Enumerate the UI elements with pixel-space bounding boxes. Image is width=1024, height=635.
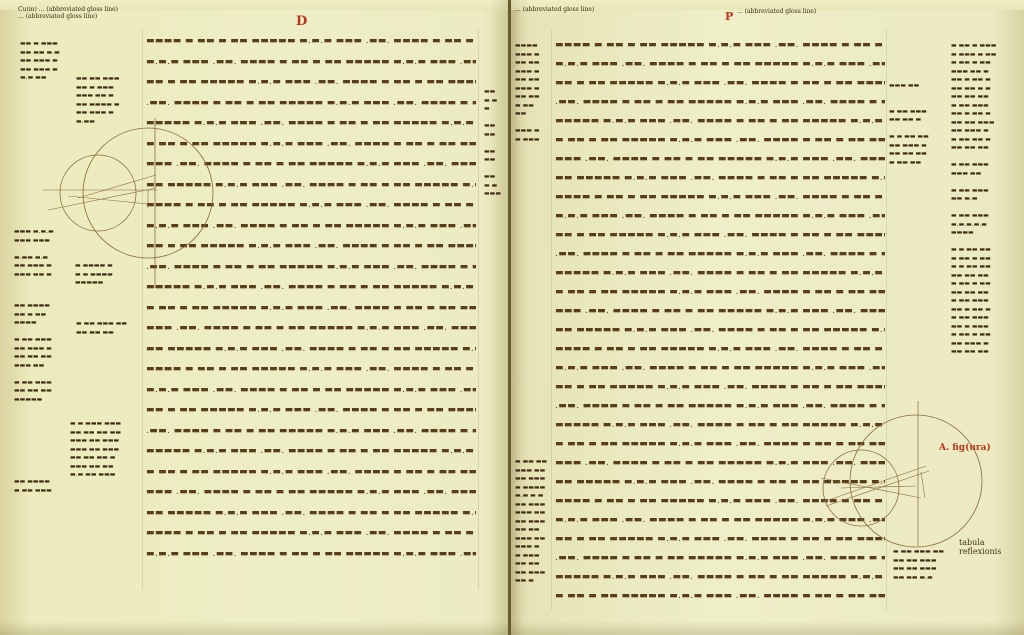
ruling-line: [551, 30, 552, 610]
marginal-gloss: ▬ ▬▬ ▬▬▬ ▬▬ ▬▬ ▬▬ ▬▬▬ ▬▬ ▬▬ ▬▬▬ ▬▬ ▬▬ ▬.…: [893, 548, 963, 582]
text-line: ▬▬▬▬▬ ▬.▬.▬ ▬▬▬ .▬▬. ▬▬▬▬ ▬ ▬▬ ▬ ▬▬ ▬▬▬▬…: [555, 268, 885, 278]
text-line: ▬▬▬▬ ▬ ▬▬ ▬ ▬▬ ▬▬▬▬▬ ▬.▬.▬ ▬▬▬ .▬▬. ▬▬▬▬…: [146, 528, 476, 538]
text-line: ▬▬ ▬ ▬▬ ▬▬▬▬▬ ▬.▬.▬ ▬▬▬ .▬▬. ▬▬▬▬ ▬ ▬▬ ▬…: [146, 77, 476, 87]
figure-caption: tabula reflexionis: [959, 538, 1024, 556]
text-line: .▬▬. ▬▬▬▬ ▬ ▬▬ ▬ ▬▬ ▬▬▬▬▬ ▬.▬.▬ ▬▬▬ .▬▬.…: [146, 426, 476, 436]
marginal-gloss: ▬ ▬▬ ▬ ▬▬▬ ▬ ▬▬▬ ▬ ▬▬ ▬ ▬▬ ▬ ▬▬ ▬▬▬ ▬▬ ▬…: [951, 42, 1011, 357]
text-line: ▬▬ ▬▬▬▬▬ ▬.▬.▬ ▬▬▬ .▬▬. ▬▬▬▬ ▬ ▬▬ ▬ ▬▬ ▬…: [146, 344, 476, 354]
text-line: ▬ ▬▬ ▬ ▬▬ ▬▬▬▬▬ ▬.▬.▬ ▬▬▬ .▬▬. ▬▬▬▬ ▬ ▬▬…: [555, 135, 885, 145]
running-head-line: ... (abbreviated gloss line): [515, 6, 715, 13]
right-running-head: ... (abbreviated gloss line): [737, 8, 1017, 15]
running-head-line: ... (abbreviated gloss line): [18, 13, 308, 20]
text-line: ▬.▬.▬ ▬▬▬ .▬▬. ▬▬▬▬ ▬ ▬▬ ▬ ▬▬ ▬▬▬▬▬ ▬.▬.…: [555, 363, 885, 373]
text-line: ▬▬ ▬▬▬▬▬ ▬.▬.▬ ▬▬▬ .▬▬. ▬▬▬▬ ▬ ▬▬ ▬ ▬▬ ▬…: [555, 325, 885, 335]
text-line: ▬▬▬▬▬ ▬.▬.▬ ▬▬▬ .▬▬. ▬▬▬▬ ▬ ▬▬ ▬ ▬▬ ▬▬▬▬…: [555, 116, 885, 126]
text-line: ▬▬ ▬ ▬▬ ▬▬▬▬▬ ▬.▬.▬ ▬▬▬ .▬▬. ▬▬▬▬ ▬ ▬▬ ▬…: [555, 382, 885, 392]
text-line: ▬▬▬ .▬▬. ▬▬▬▬ ▬ ▬▬ ▬ ▬▬ ▬▬▬▬▬ ▬.▬.▬ ▬▬▬ …: [146, 487, 476, 497]
marginal-gloss: ▬▬ ▬▬▬▬ ▬▬ ▬ ▬▬ ▬▬▬▬ ▬ ▬▬ ▬▬▬ ▬▬ ▬▬▬ ▬ ▬…: [14, 302, 69, 404]
geometric-diagram-left: [38, 118, 238, 288]
running-head-line: Cu(m) ... (abbreviated gloss line): [18, 6, 308, 13]
text-line: ▬▬▬▬ ▬ ▬▬ ▬ ▬▬ ▬▬▬▬▬ ▬.▬.▬ ▬▬▬ .▬▬. ▬▬▬▬…: [146, 36, 476, 46]
text-line: ▬▬ ▬ ▬▬ ▬▬▬▬▬ ▬.▬.▬ ▬▬▬ .▬▬. ▬▬▬▬ ▬ ▬▬ ▬…: [146, 405, 476, 415]
text-line: ▬.▬.▬ ▬▬▬ .▬▬. ▬▬▬▬ ▬ ▬▬ ▬ ▬▬ ▬▬▬▬▬ ▬.▬.…: [146, 549, 476, 559]
text-line: ▬▬▬ .▬▬. ▬▬▬▬ ▬ ▬▬ ▬ ▬▬ ▬▬▬▬▬ ▬.▬.▬ ▬▬▬ …: [555, 154, 885, 164]
text-line: ▬▬▬▬ ▬ ▬▬ ▬ ▬▬ ▬▬▬▬▬ ▬.▬.▬ ▬▬▬ .▬▬. ▬▬▬▬…: [555, 192, 885, 202]
marginal-gloss: ▬ ▬▬ ▬▬▬ ▬▬ ▬▬ ▬▬ ▬▬: [76, 320, 136, 337]
text-line: ▬ ▬▬ ▬ ▬▬ ▬▬▬▬▬ ▬.▬.▬ ▬▬▬ .▬▬. ▬▬▬▬ ▬ ▬▬…: [555, 287, 885, 297]
text-line: ▬▬ ▬ ▬▬ ▬▬▬▬▬ ▬.▬.▬ ▬▬▬ .▬▬. ▬▬▬▬ ▬ ▬▬ ▬…: [555, 78, 885, 88]
text-line: ▬.▬.▬ ▬▬▬ .▬▬. ▬▬▬▬ ▬ ▬▬ ▬ ▬▬ ▬▬▬▬▬ ▬.▬.…: [146, 385, 476, 395]
manuscript-spread: Cu(m) ... (abbreviated gloss line) ... (…: [0, 0, 1024, 635]
text-line: ▬.▬.▬ ▬▬▬ .▬▬. ▬▬▬▬ ▬ ▬▬ ▬ ▬▬ ▬▬▬▬▬ ▬.▬.…: [146, 57, 476, 67]
text-line: ▬▬▬▬ ▬ ▬▬ ▬ ▬▬ ▬▬▬▬▬ ▬.▬.▬ ▬▬▬ .▬▬. ▬▬▬▬…: [146, 364, 476, 374]
running-head-line: ... (abbreviated gloss line): [737, 8, 1017, 15]
text-line: ▬ ▬▬ ▬ ▬▬ ▬▬▬▬▬ ▬.▬.▬ ▬▬▬ .▬▬. ▬▬▬▬ ▬ ▬▬…: [146, 467, 476, 477]
heading-letter: P: [725, 10, 733, 23]
text-line: ▬ ▬▬ ▬ ▬▬ ▬▬▬▬▬ ▬.▬.▬ ▬▬▬ .▬▬. ▬▬▬▬ ▬ ▬▬…: [146, 303, 476, 313]
text-line: ▬▬▬▬▬ ▬.▬.▬ ▬▬▬ .▬▬. ▬▬▬▬ ▬ ▬▬ ▬ ▬▬ ▬▬▬▬…: [146, 446, 476, 456]
left-page: Cu(m) ... (abbreviated gloss line) ... (…: [0, 0, 508, 635]
marginal-gloss: ▬▬ ▬ ▬▬▬ ▬▬ ▬▬ ▬.▬ ▬▬ ▬▬▬ ▬ ▬▬ ▬▬▬ ▬ ▬.▬…: [20, 40, 68, 83]
right-page: ... (abbreviated gloss line) P ... (abbr…: [511, 0, 1024, 635]
text-line: ▬▬ ▬▬▬▬▬ ▬.▬.▬ ▬▬▬ .▬▬. ▬▬▬▬ ▬ ▬▬ ▬ ▬▬ ▬…: [555, 173, 885, 183]
text-line: ▬▬▬▬ ▬ ▬▬ ▬ ▬▬ ▬▬▬▬▬ ▬.▬.▬ ▬▬▬ .▬▬. ▬▬▬▬…: [555, 344, 885, 354]
text-line: .▬▬. ▬▬▬▬ ▬ ▬▬ ▬ ▬▬ ▬▬▬▬▬ ▬.▬.▬ ▬▬▬ .▬▬.…: [555, 249, 885, 259]
text-line: ▬▬ ▬ ▬▬ ▬▬▬▬▬ ▬.▬.▬ ▬▬▬ .▬▬. ▬▬▬▬ ▬ ▬▬ ▬…: [555, 230, 885, 240]
ruling-line: [478, 30, 479, 590]
text-line: ▬.▬.▬ ▬▬▬ .▬▬. ▬▬▬▬ ▬ ▬▬ ▬ ▬▬ ▬▬▬▬▬ ▬.▬.…: [555, 211, 885, 221]
marginal-gloss: ▬▬ ▬▬▬▬ ▬ ▬▬ ▬▬▬: [14, 478, 69, 495]
marginal-gloss: ▬▬ ▬ ▬ ▬ ▬▬ ▬▬ ▬▬ ▬▬ ▬▬ ▬ ▬ ▬▬▬: [484, 88, 506, 199]
text-line: ▬▬▬ .▬▬. ▬▬▬▬ ▬ ▬▬ ▬ ▬▬ ▬▬▬▬▬ ▬.▬.▬ ▬▬▬ …: [146, 323, 476, 333]
marginal-gloss: ▬▬▬ ▬▬ ▬ ▬▬ ▬▬▬ ▬▬ ▬▬ ▬ ▬ ▬ ▬▬ ▬▬ ▬▬ ▬▬▬…: [889, 82, 949, 167]
text-line: ▬▬▬▬ ▬ ▬▬ ▬ ▬▬ ▬▬▬▬▬ ▬.▬.▬ ▬▬▬ .▬▬. ▬▬▬▬…: [555, 40, 885, 50]
left-running-head: Cu(m) ... (abbreviated gloss line) ... (…: [18, 6, 308, 20]
text-line: ▬.▬.▬ ▬▬▬ .▬▬. ▬▬▬▬ ▬ ▬▬ ▬ ▬▬ ▬▬▬▬▬ ▬.▬.…: [555, 59, 885, 69]
text-line: ▬▬ ▬▬▬▬▬ ▬.▬.▬ ▬▬▬ .▬▬. ▬▬▬▬ ▬ ▬▬ ▬ ▬▬ ▬…: [146, 508, 476, 518]
marginal-gloss: ▬▬▬▬ ▬▬▬ ▬ ▬▬ ▬▬ ▬▬▬ ▬ ▬▬ ▬▬ ▬▬▬ ▬ ▬▬ ▬▬…: [515, 42, 549, 144]
text-line: .▬▬. ▬▬▬▬ ▬ ▬▬ ▬ ▬▬ ▬▬▬▬▬ ▬.▬.▬ ▬▬▬ .▬▬.…: [146, 98, 476, 108]
text-line: ▬▬▬ .▬▬. ▬▬▬▬ ▬ ▬▬ ▬ ▬▬ ▬▬▬▬▬ ▬.▬.▬ ▬▬▬ …: [555, 306, 885, 316]
ruling-line: [142, 30, 143, 590]
right-running-head: ... (abbreviated gloss line): [515, 6, 715, 13]
marginal-gloss: ▬ ▬▬ ▬▬ ▬▬▬ ▬▬ ▬▬ ▬▬▬ ▬ ▬▬▬▬ ▬.▬ ▬ ▬ ▬▬ …: [515, 458, 551, 586]
figure-label: A. fig(ura): [939, 443, 991, 453]
heading-letter: D: [296, 14, 307, 29]
text-line: .▬▬. ▬▬▬▬ ▬ ▬▬ ▬ ▬▬ ▬▬▬▬▬ ▬.▬.▬ ▬▬▬ .▬▬.…: [555, 97, 885, 107]
marginal-gloss: ▬ ▬ ▬▬▬ ▬▬▬ ▬▬ ▬▬ ▬▬ ▬▬ ▬▬▬ ▬▬ ▬▬▬ ▬▬▬ ▬…: [70, 420, 136, 480]
